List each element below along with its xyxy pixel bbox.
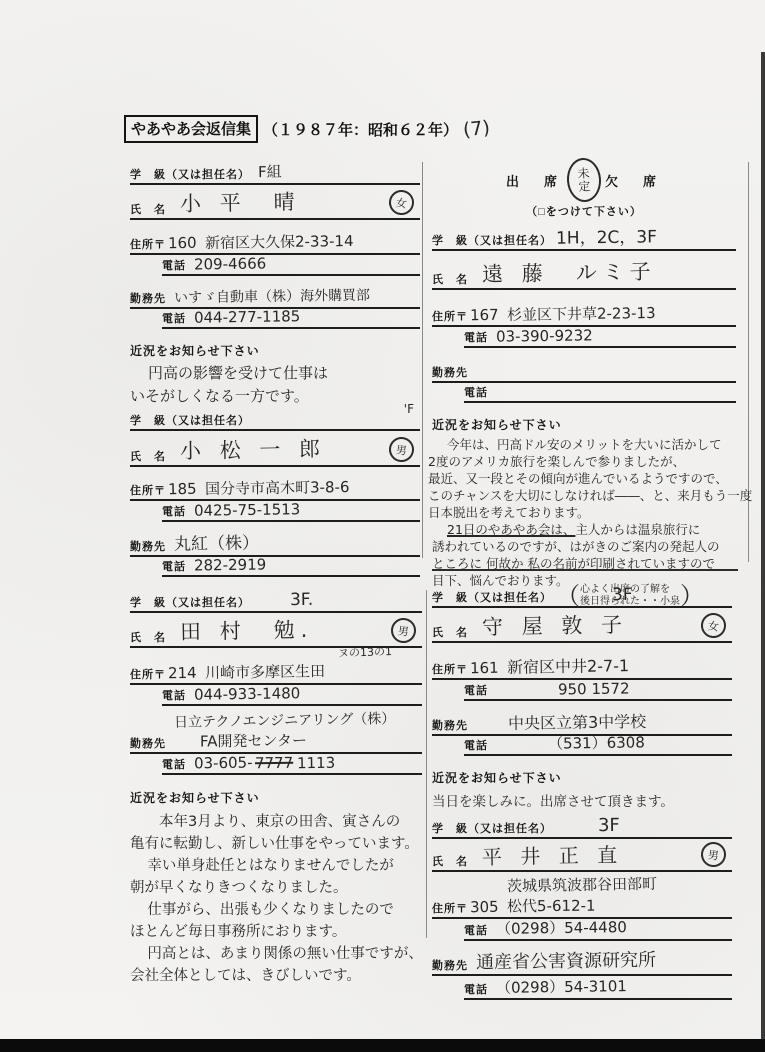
field-row-phone: 電話 044-933-1480 <box>162 685 422 706</box>
attendance-header: 出 席 未定 欠 席 （□をつけて下さい） <box>432 158 736 219</box>
status-line: 会社全体としては、きびしいです。 <box>130 965 422 987</box>
field-row-workplace: 勤務先 <box>432 360 736 383</box>
postal-code: 214 <box>168 664 197 682</box>
field-row-workplace: 勤務先 丸紅（株） <box>130 530 420 557</box>
address-value: 川崎市多摩区生田 <box>204 660 324 683</box>
status-line: 本年3月より、東京の田舎、寅さんの <box>159 811 422 833</box>
name-value: 田 村 勉. <box>180 614 314 646</box>
address-label: 住所〒 <box>432 661 468 677</box>
name-label: 氏 名 <box>432 624 468 640</box>
workplace-label: 勤務先 <box>130 538 166 554</box>
status-text: 本年3月より、東京の田舎、寅さんの 亀有に転勤し、新しい仕事をやっています。 幸… <box>130 811 422 987</box>
name-label: 氏 名 <box>130 201 166 217</box>
workplace-line1: 日立テクノエンジニアリング（株） <box>174 708 396 732</box>
field-row-name: 氏 名 平 井 正 直 男 <box>432 841 732 872</box>
workplace-label: 勤務先 <box>432 717 468 733</box>
workplace-value: 中央区立第3中学校 <box>508 709 646 734</box>
status-text: 今年は、円高ドル安のメリットを大いに活かして 2度のアメリカ旅行を楽しんで参りま… <box>432 436 736 589</box>
field-row-address: 住所〒 185 国分寺市高木町3-8-6 <box>130 476 420 501</box>
postal-code: 161 <box>470 659 499 677</box>
address-line2: 松代5-612-1 <box>507 895 596 917</box>
class-value: 1H，2C，3F <box>556 222 657 248</box>
field-row-work-phone: 電話 044-277-1185 <box>162 309 420 329</box>
address-value: 国分寺市高木町3-8-6 <box>205 476 350 499</box>
status-line: 亀有に転勤し、新しい仕事をやっています。 <box>130 833 422 855</box>
field-row-address: 住所〒 214 川崎市多摩区生田 <box>130 660 422 685</box>
workplace-value: 日立テクノエンジニアリング（株） FA開発センター <box>174 710 395 751</box>
address-label: 住所〒 <box>432 900 468 916</box>
gender-badge: 男 <box>389 616 417 644</box>
class-label: 学 級（又は担任名） <box>432 589 552 605</box>
status-line: 21日のやあやあ会は、主人からは温泉旅行に <box>447 521 736 538</box>
address-label: 住所〒 <box>432 308 468 324</box>
phone-label: 電話 <box>162 558 186 574</box>
name-value: 遠 藤 ルミ子 <box>482 255 657 288</box>
field-row-phone: 電話 950 1572 <box>464 680 732 701</box>
workplace-label: 勤務先 <box>432 364 468 380</box>
name-value: 小 平 晴 <box>180 186 301 218</box>
name-value: 小 松 一 郎 <box>180 433 327 466</box>
status-line: 円高とは、あまり関係の無い仕事ですが、 <box>147 943 422 965</box>
status-line: 仕事がら、出張も少くなりましたので <box>147 899 422 921</box>
field-row-class: 学 級（又は担任名） 3F <box>432 814 732 839</box>
workplace-value: 丸紅（株） <box>174 528 259 554</box>
class-label: 学 級（又は担任名） <box>432 820 552 836</box>
gender-badge: 女 <box>387 188 415 216</box>
name-label: 氏 名 <box>130 448 166 464</box>
field-row-phone: 電話 03-390-9232 <box>464 327 736 348</box>
phone-label: 電話 <box>162 687 186 703</box>
bottom-scan-bar <box>0 1039 765 1052</box>
field-row-phone: 電話 0425-75-1513 <box>162 501 420 522</box>
status-line: 今年は、円高ドル安のメリットを大いに活かして <box>447 436 736 453</box>
class-label: 学 級（又は担任名） <box>130 412 250 428</box>
field-row-address: 住所〒 305 茨城県筑波郡谷田部町 松代5-612-1 <box>432 874 732 919</box>
attendance-present-label: 出 席 <box>506 171 563 190</box>
status-line: 幸い単身赴任とはなりませんでしたが <box>147 855 422 877</box>
status-line: 日本脱出を考えております。 <box>428 504 736 521</box>
status-line: 円高の影響を受けて仕事は <box>148 362 420 385</box>
workplace-label: 勤務先 <box>432 957 468 973</box>
status-line: ところに 何故か 私の名前が印刷されていますので <box>432 555 736 572</box>
class-value: 3F <box>612 585 633 605</box>
class-label: 学 級（又は担任名） <box>130 166 250 182</box>
gender-badge: 女 <box>699 611 727 639</box>
class-value: 3F. <box>290 590 314 610</box>
attendance-undecided-circle: 未定 <box>566 157 603 203</box>
workplace-label: 勤務先 <box>130 290 166 306</box>
name-value: 守 屋 敦 子 <box>482 609 629 642</box>
title-number: (7) <box>462 117 491 142</box>
status-line: 朝が早くなりきつくなりました。 <box>130 877 422 899</box>
field-row-phone: 電話 （0298）54-4480 <box>464 919 732 941</box>
status-prompt: 近況をお知らせ下さい <box>130 789 422 806</box>
address-value: 茨城県筑波郡谷田部町 松代5-612-1 <box>507 874 657 916</box>
phone-value: 03-390-9232 <box>496 326 593 345</box>
workplace-line2: FA開発センター <box>200 730 307 752</box>
field-row-phone: 電話 209-4666 <box>162 255 420 276</box>
phone-label: 電話 <box>464 981 488 997</box>
form-card-moriya: 学 級（又は担任名） 3F 氏 名 守 屋 敦 子 女 住所〒 161 新宿区中… <box>432 583 732 812</box>
phone-label: 電話 <box>162 756 186 772</box>
status-prompt: 近況をお知らせ下さい <box>130 342 420 359</box>
gender-badge: 男 <box>699 840 727 868</box>
status-line: 誘われているのですが、はがきのご案内の発起人の <box>432 538 736 555</box>
attendance-instruction: （□をつけて下さい） <box>432 203 736 219</box>
postal-code: 167 <box>470 306 499 324</box>
title-main: やあやあ会返信集 <box>124 115 258 143</box>
name-label: 氏 名 <box>432 853 468 869</box>
address-value: 新宿区大久保2-33-14 <box>205 230 354 253</box>
form-card-tamura: 学 級（又は担任名） 3F. 氏 名 田 村 勉. 男 ヌの13の1 住所〒 2… <box>130 588 422 987</box>
work-phone-value: （531）6308 <box>548 731 645 753</box>
form-card-komatsu: 'F 学 級（又は担任名） 氏 名 小 松 一 郎 男 住所〒 185 国分寺市… <box>130 406 420 577</box>
class-label: 学 級（又は担任名） <box>130 594 250 610</box>
postal-code: 160 <box>168 234 197 252</box>
class-value: F組 <box>258 161 282 182</box>
address-label: 住所〒 <box>130 236 166 252</box>
field-row-address: 住所〒 161 新宿区中井2-7-1 <box>432 653 732 680</box>
status-line: 2度のアメリカ旅行を楽しんで参りましたが、 <box>428 453 736 470</box>
work-phone-suffix: 1113 <box>297 754 335 773</box>
field-row-class: 学 級（又は担任名） 3F <box>432 583 732 608</box>
phone-label: 電話 <box>464 737 488 753</box>
field-row-address: 住所〒 160 新宿区大久保2-33-14 <box>130 230 420 255</box>
address-note: ヌの13の1 <box>338 643 393 661</box>
work-phone-value: 282-2919 <box>194 555 266 574</box>
address-value: 新宿区中井2-7-1 <box>506 653 628 678</box>
class-label: 学 級（又は担任名） <box>432 232 552 248</box>
form-card-kodaira: 学 級（又は担任名） F組 氏 名 小 平 晴 女 住所〒 160 新宿区大久保… <box>130 160 420 408</box>
attendance-absent-label: 欠 席 <box>605 171 662 190</box>
status-prompt: 近況をお知らせ下さい <box>432 416 736 433</box>
field-row-name: 氏 名 守 屋 敦 子 女 <box>432 610 732 643</box>
form-card-hirai: 学 級（又は担任名） 3F 氏 名 平 井 正 直 男 住所〒 305 茨城県筑… <box>432 814 732 1000</box>
divider-line <box>422 162 423 558</box>
status-line-underlined: 21日のやあやあ会は、 <box>447 522 575 537</box>
postal-code: 185 <box>168 480 197 498</box>
class-value: 3F <box>598 815 620 836</box>
phone-label: 電話 <box>162 257 186 273</box>
title-year: （１９８７年：昭和６２年） <box>263 119 458 140</box>
status-text: 当日を楽しみに。出席させて頂きます。 <box>432 792 732 812</box>
phone-label: 電話 <box>464 329 488 345</box>
workplace-value: 通産省公害資源研究所 <box>476 946 656 975</box>
field-row-class: 学 級（又は担任名） F組 <box>130 160 420 185</box>
field-row-address: 住所〒 167 杉並区下井草2-23-13 <box>432 300 736 327</box>
work-phone-prefix: 03-605- <box>194 754 253 773</box>
form-card-endo: 出 席 未定 欠 席 （□をつけて下さい） 学 級（又は担任名） 1H，2C，3… <box>432 158 736 589</box>
status-line: このチャンスを大切にしなければ――、と、来月もう一度 <box>428 487 736 504</box>
phone-label: 電話 <box>162 310 186 326</box>
phone-value: 044-933-1480 <box>194 684 301 703</box>
field-row-work-phone: 電話 282-2919 <box>162 557 420 577</box>
workplace-value: いすゞ自動車（株）海外購買部 <box>174 285 370 308</box>
status-line: ほとんど毎日事務所におります。 <box>130 921 422 943</box>
field-row-class: 学 級（又は担任名） 1H，2C，3F <box>432 224 736 251</box>
field-row-work-phone: 電話 （531）6308 <box>464 736 732 756</box>
divider-line <box>426 590 427 938</box>
field-row-work-phone: 電話 <box>464 383 736 403</box>
phone-value: （0298）54-4480 <box>496 916 627 939</box>
postal-code: 305 <box>470 898 499 916</box>
field-row-work-phone: 電話 （0298）54-3101 <box>464 978 732 1000</box>
field-row-class: 学 級（又は担任名） <box>130 406 420 431</box>
phone-value: 209-4666 <box>194 254 266 273</box>
corner-note: 'F <box>404 402 414 416</box>
document-title: やあやあ会返信集 （１９８７年：昭和６２年） (7) <box>124 115 490 143</box>
field-row-name: 氏 名 遠 藤 ルミ子 <box>432 255 736 290</box>
name-label: 氏 名 <box>432 271 468 287</box>
workplace-label: 勤務先 <box>130 735 166 751</box>
phone-label: 電話 <box>464 682 488 698</box>
gender-badge: 男 <box>387 435 415 463</box>
address-label: 住所〒 <box>130 666 166 682</box>
status-line: 当日を楽しみに。出席させて頂きます。 <box>432 792 732 812</box>
field-row-class: 学 級（又は担任名） 3F. <box>130 588 422 613</box>
status-line: 最近、又一段とその傾向が進んでいるようですので、 <box>428 470 736 487</box>
phone-value: 0425-75-1513 <box>194 500 301 519</box>
work-phone-value: 044-277-1185 <box>194 307 301 326</box>
field-row-name: 氏 名 小 松 一 郎 男 <box>130 434 420 467</box>
field-row-workplace: 勤務先 いすゞ自動車（株）海外購買部 <box>130 284 420 309</box>
phone-value: 950 1572 <box>558 680 630 699</box>
phone-label: 電話 <box>162 503 186 519</box>
status-text: 円高の影響を受けて仕事は いそがしくなる一方です。 <box>130 362 420 408</box>
field-row-name: 氏 名 小 平 晴 女 <box>130 187 420 220</box>
status-prompt: 近況をお知らせ下さい <box>432 769 732 786</box>
field-row-workplace: 勤務先 通産省公害資源研究所 <box>432 947 732 976</box>
field-row-workplace: 勤務先 日立テクノエンジニアリング（株） FA開発センター <box>130 710 422 754</box>
phone-label: 電話 <box>464 922 488 938</box>
phone-label: 電話 <box>464 384 488 400</box>
address-line1: 茨城県筑波郡谷田部町 <box>506 873 656 897</box>
work-phone-value: （0298）54-3101 <box>496 975 627 998</box>
right-scan-edge <box>761 52 765 1039</box>
status-line-rest: 主人からは温泉旅行に <box>575 522 700 537</box>
status-line: いそがしくなる一方です。 <box>130 385 420 408</box>
name-value: 平 井 正 直 <box>482 839 624 870</box>
work-phone-struck: 7777 <box>254 754 292 773</box>
field-row-work-phone: 電話 03-605- 7777 1113 <box>162 754 422 775</box>
name-label: 氏 名 <box>130 629 166 645</box>
address-label: 住所〒 <box>130 482 166 498</box>
address-value: 杉並区下井草2-23-13 <box>507 302 656 325</box>
